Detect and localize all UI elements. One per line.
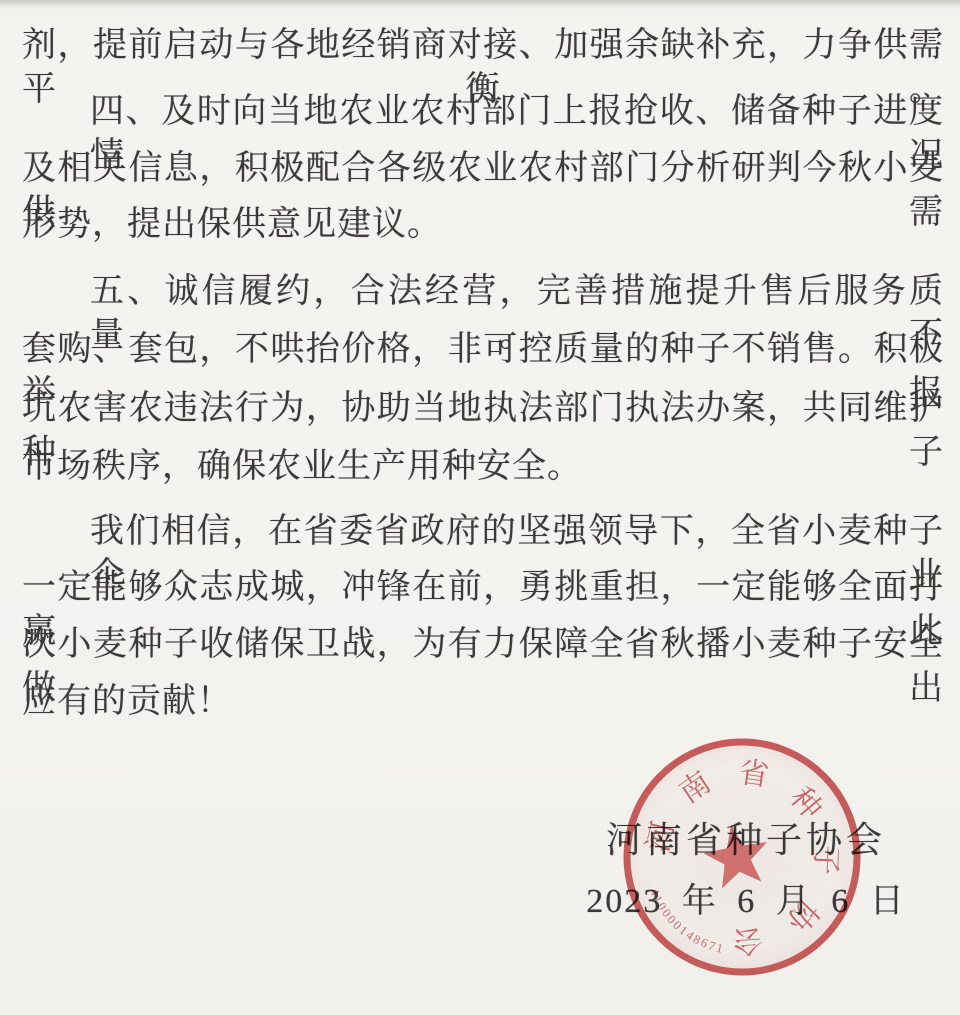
body-line: 应有的贡献！ [22, 680, 944, 724]
body-line: 形势，提出保供意见建议。 [22, 203, 944, 247]
document-page: 剂，提前启动与各地经销商对接、加强余缺补充，力争供需平衡。 四、及时向当地农业农… [0, 0, 960, 1015]
seal-char: 会 [732, 923, 764, 958]
seal-char: 省 [736, 756, 770, 793]
official-seal: 河 南 省 种 子 协 会 410000148671 [610, 725, 874, 989]
body-line: 市场秩序，确保农业生产用种安全。 [22, 445, 944, 489]
seal-char: 子 [808, 844, 842, 875]
scan-edge-shadow [0, 0, 960, 7]
